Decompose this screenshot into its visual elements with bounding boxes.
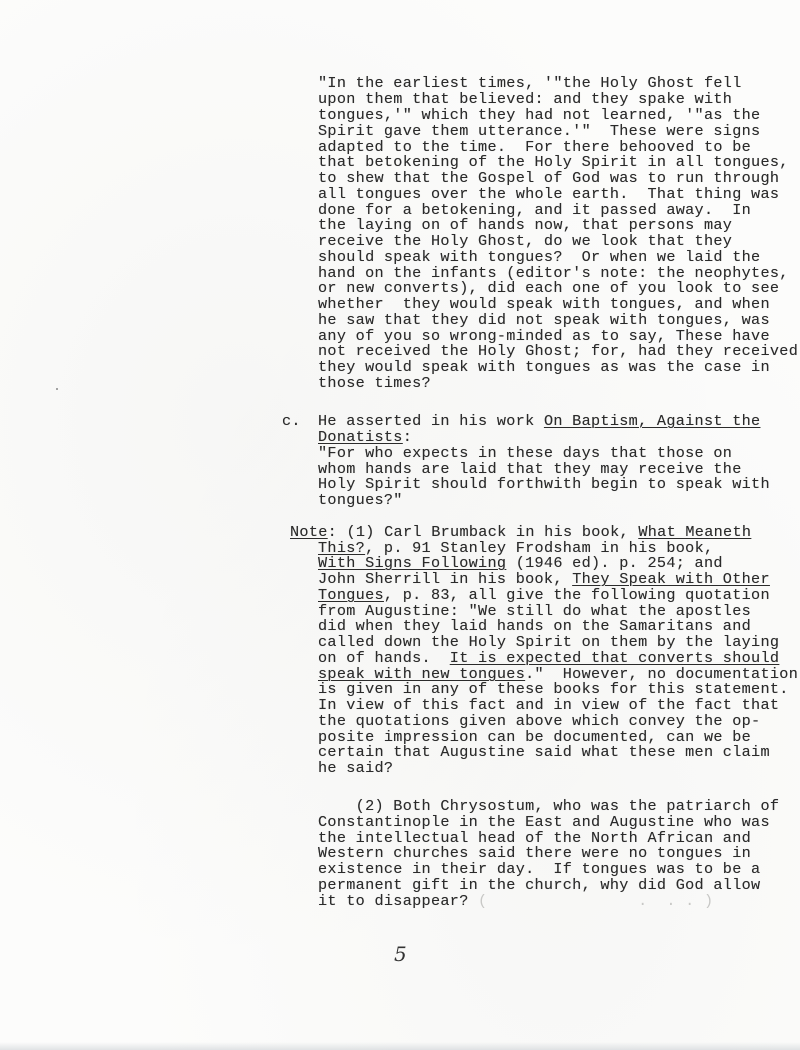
page-number: 5 <box>394 942 407 966</box>
item-c-quote-line: tongues?" <box>318 493 403 509</box>
note2-text: it to disappear? <box>318 892 469 910</box>
scanned-page: "In the earliest times, '"the Holy Ghost… <box>0 0 800 1050</box>
quote-line: those times? <box>318 376 431 392</box>
scan-speck <box>56 388 58 390</box>
work-title: On Baptism, Against the <box>544 412 761 430</box>
erased-text: ( . . . ) <box>469 892 714 910</box>
list-marker: c. <box>282 414 301 430</box>
note2-line: it to disappear? ( . . . ) <box>318 894 713 910</box>
scan-edge <box>0 1042 800 1050</box>
note-line: he said? <box>318 761 393 777</box>
